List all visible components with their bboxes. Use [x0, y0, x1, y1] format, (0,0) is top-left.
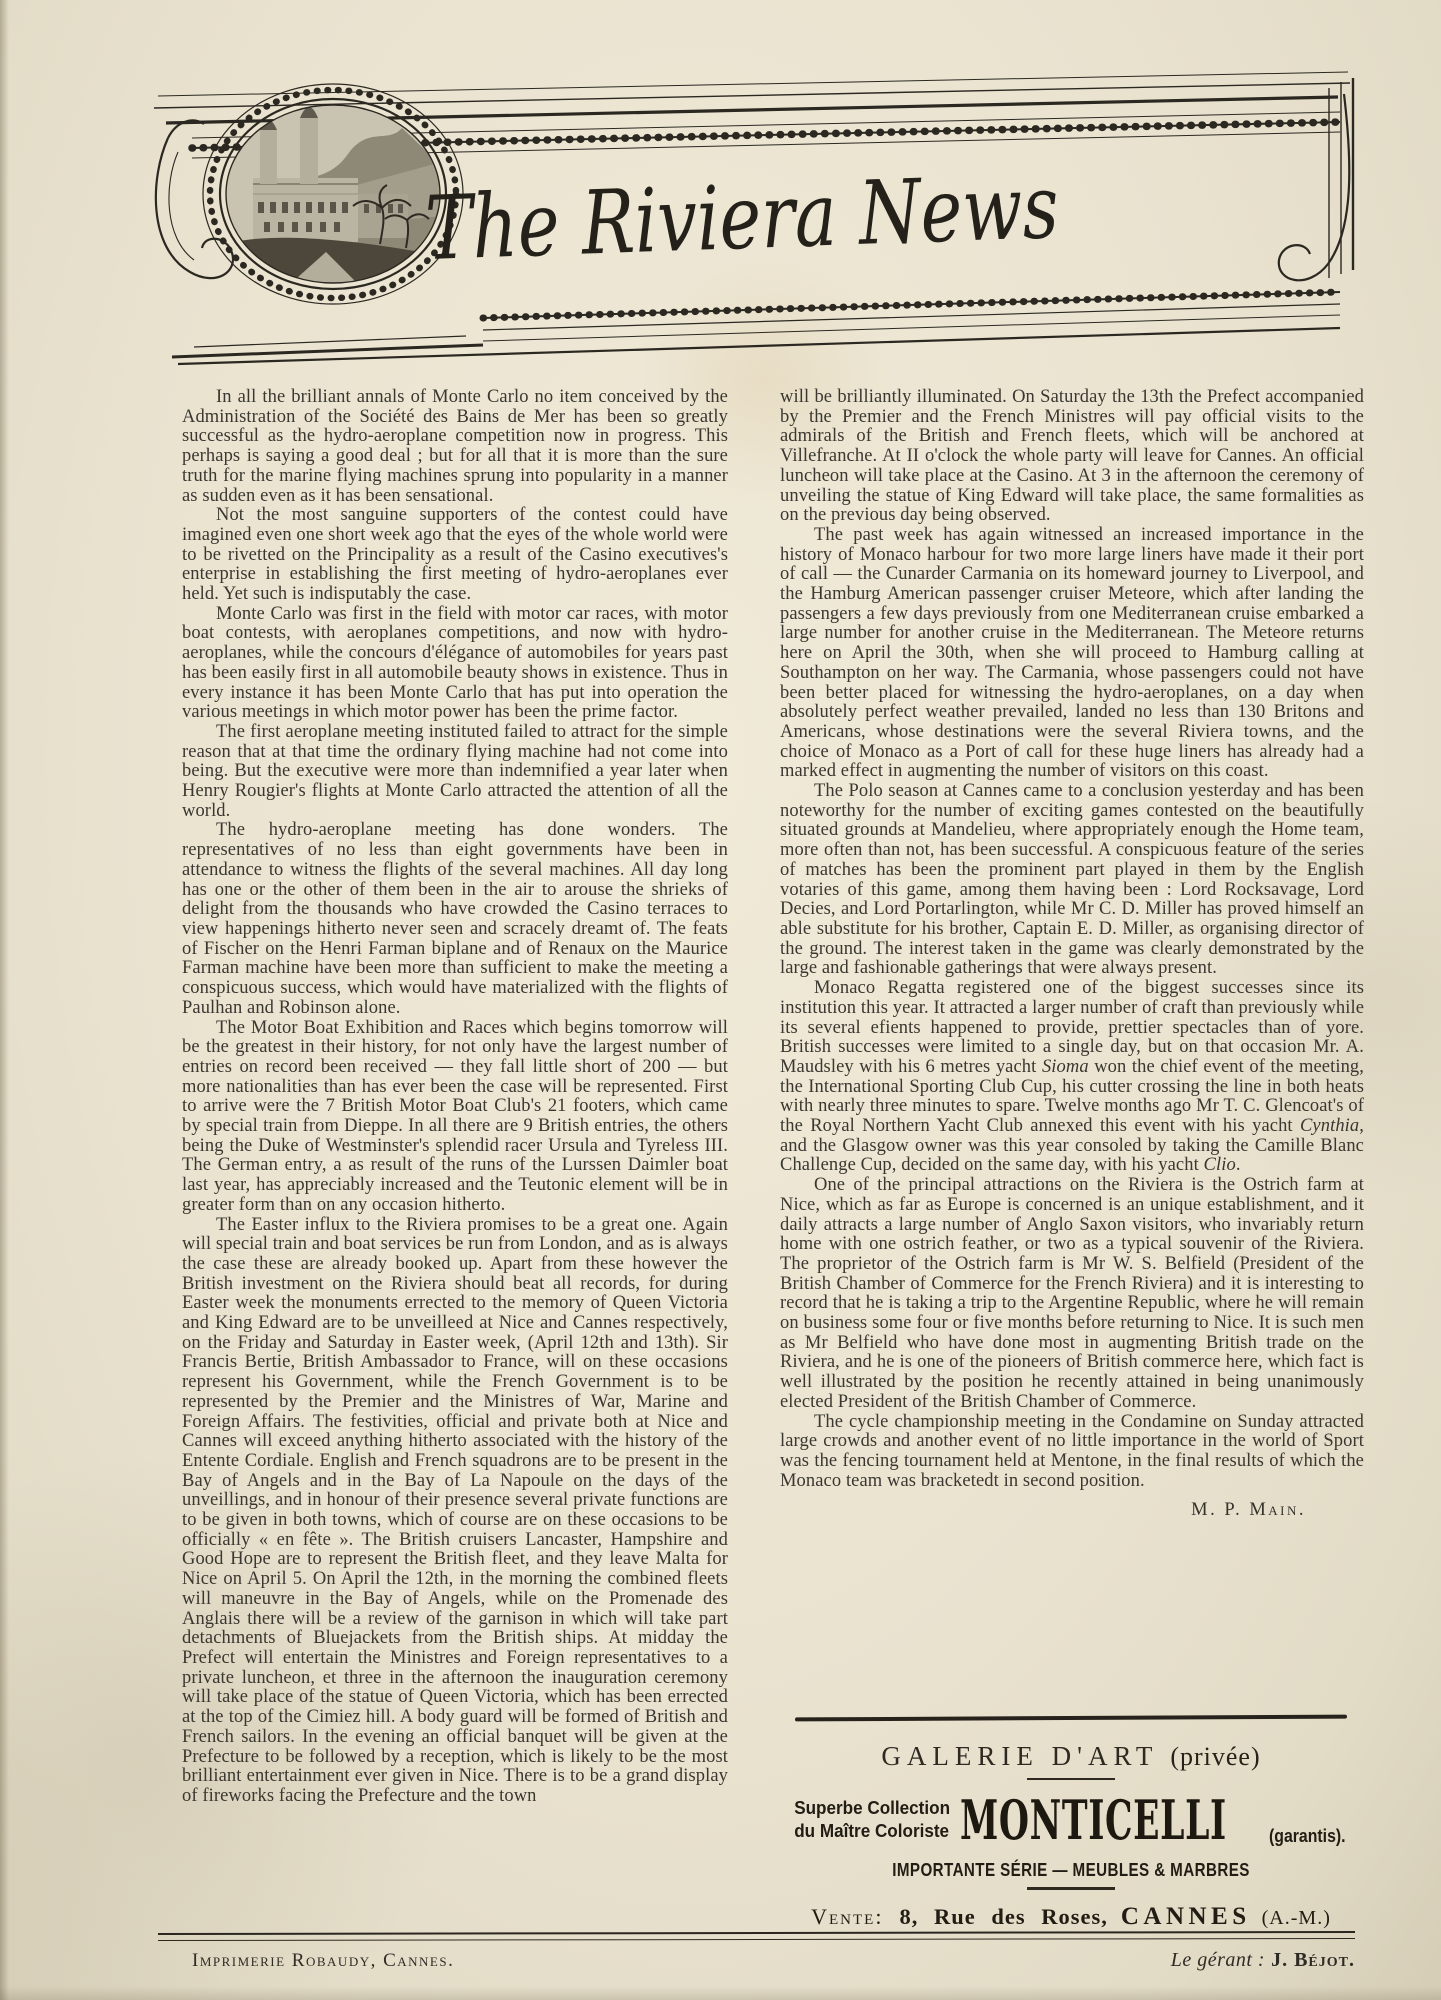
footer-rule	[158, 1931, 1355, 1941]
ad-series-line: IMPORTANTE SÉRIE — MEUBLES & MARBRES	[795, 1859, 1347, 1881]
ad-top-rule	[795, 1715, 1347, 1721]
article-byline: M. P. Main.	[780, 1501, 1364, 1521]
ad-collection-line1: Superbe Collection	[794, 1797, 950, 1820]
article-paragraph: The past week has again witnessed an inc…	[780, 526, 1364, 782]
ad-sale-label: Vente:	[811, 1904, 883, 1929]
masthead-ornament: The Riviera News	[148, 66, 1398, 376]
article-paragraph: In all the brilliant annals of Monte Car…	[182, 388, 728, 506]
article-column-left: In all the brilliant annals of Monte Car…	[182, 388, 728, 1807]
manager-name: J. Béjot.	[1271, 1949, 1355, 1971]
ad-gallery-title: GALERIE D'ART	[881, 1741, 1158, 1771]
ad-main-row: Superbe Collection du Maître Coloriste M…	[795, 1788, 1347, 1852]
article-paragraph: The cycle championship meeting in the Co…	[780, 1413, 1364, 1492]
article-paragraph: Monaco Regatta registered one of the big…	[780, 979, 1364, 1176]
masthead: The Riviera News	[148, 66, 1398, 376]
advertisement: GALERIE D'ART (privée) Superbe Collectio…	[795, 1716, 1347, 1931]
ad-collection-lines: Superbe Collection du Maître Coloriste	[794, 1797, 950, 1843]
ad-sale-line: Vente: 8, Rue des Roses, CANNES (A.-M.)	[795, 1903, 1347, 1931]
manager-label: Le gérant :	[1171, 1949, 1265, 1971]
article-column-right-flow: will be brilliantly illuminated. On Satu…	[780, 388, 1364, 1491]
newspaper-page: The Riviera News In all the brilliant an…	[0, 0, 1441, 2000]
article-paragraph: One of the principal attractions on the …	[780, 1176, 1364, 1412]
article-column-right: will be brilliantly illuminated. On Satu…	[780, 388, 1364, 1521]
article-paragraph: will be brilliantly illuminated. On Satu…	[780, 388, 1364, 526]
ad-title-underline	[1027, 1778, 1115, 1781]
ad-series-underline	[1027, 1887, 1115, 1890]
ad-gallery-qualifier: (privée)	[1170, 1742, 1260, 1771]
printer-credit: Imprimerie Robaudy, Cannes.	[192, 1950, 454, 1972]
footer-row: Imprimerie Robaudy, Cannes. Le gérant :J…	[158, 1949, 1355, 1972]
ad-title-row: GALERIE D'ART (privée)	[795, 1741, 1347, 1772]
ad-guarantee: (garantis).	[1269, 1826, 1346, 1852]
ad-series-text: IMPORTANTE SÉRIE — MEUBLES & MARBRES	[892, 1859, 1250, 1881]
ad-artist-name: MONTICELLI	[960, 1788, 1227, 1852]
article-paragraph: Not the most sanguine supporters of the …	[182, 506, 728, 605]
article-paragraph: The Easter influx to the Riviera promise…	[182, 1216, 728, 1807]
article-paragraph: The Polo season at Cannes came to a conc…	[780, 782, 1364, 979]
manager-credit: Le gérant :J. Béjot.	[1171, 1949, 1355, 1972]
ad-sale-department: (A.-M.)	[1262, 1907, 1331, 1929]
article-paragraph: Monte Carlo was first in the field with …	[182, 605, 728, 723]
article-paragraph: The Motor Boat Exhibition and Races whic…	[182, 1019, 728, 1216]
ad-sale-address: 8, Rue des Roses,	[899, 1904, 1107, 1929]
article-paragraph: The hydro-aeroplane meeting has done won…	[182, 821, 728, 1018]
ad-sale-city: CANNES	[1121, 1903, 1251, 1930]
page-footer: Imprimerie Robaudy, Cannes. Le gérant :J…	[158, 1932, 1355, 1972]
ad-collection-line2: du Maître Coloriste	[794, 1820, 950, 1843]
newspaper-title: The Riviera News	[424, 155, 1061, 280]
article-paragraph: The first aeroplane meeting instituted f…	[182, 723, 728, 822]
